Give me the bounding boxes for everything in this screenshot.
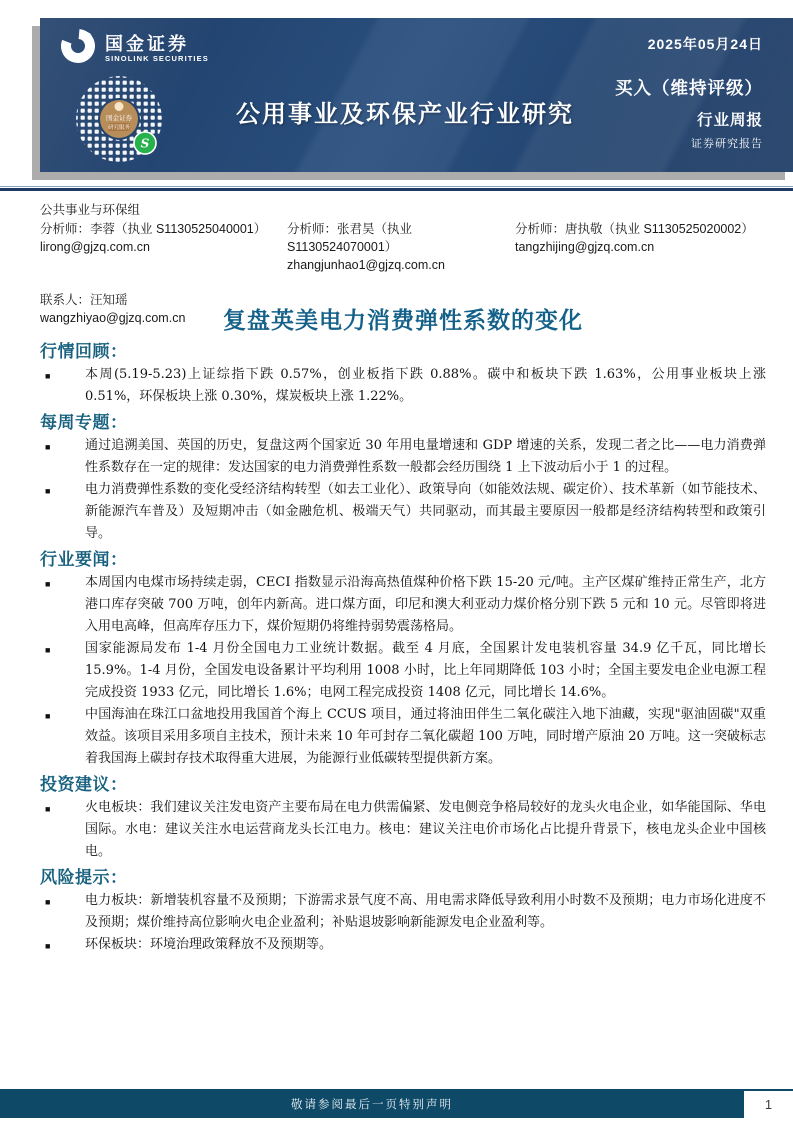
svg-text:国金证券: 国金证券 [106,113,133,122]
svg-text:S: S [141,137,150,151]
analyst-3-email[interactable]: tangzhijing@gjzq.com.cn [515,238,767,256]
bullet-text: 中国海油在珠江口盆地投用我国首个海上 CCUS 项目，通过将油田伴生二氧化碳注入… [85,704,766,770]
bullet-item: 电力消费弹性系数的变化受经济结构转型（如去工业化）、政策导向（如能效法规、碳定价… [40,479,766,545]
bullet-text: 火电板块：我们建议关注发电资产主要布局在电力供需偏紧、发电侧竞争格局较好的龙头火… [85,797,766,863]
bullet-text: 本周国内电煤市场持续走弱，CECI 指数显示沿海高热值煤种价格下跌 15-20 … [85,572,766,638]
report-category: 证券研究报告 [691,135,763,151]
section-heading-investment-advice: 投资建议： [40,773,766,796]
bullet-text: 本周(5.19-5.23)上证综指下跌 0.57%，创业板指下跌 0.88%。碳… [85,364,766,408]
sinolink-logo-icon [60,28,96,69]
header-separator-dark [0,188,793,191]
section-heading-market-review: 行情回顾： [40,340,766,363]
analyst-3-name: 分析师：唐执敬（执业 S1130525020002） [515,220,767,238]
section-heading-weekly-topic: 每周专题： [40,411,766,434]
bullet-item: 中国海油在珠江口盆地投用我国首个海上 CCUS 项目，通过将油田伴生二氧化碳注入… [40,704,766,770]
bullet-item: 本周(5.19-5.23)上证综指下跌 0.57%，创业板指下跌 0.88%。碳… [40,364,766,408]
footer-disclaimer-bar: 敬请参阅最后一页特别声明 [0,1089,744,1118]
svg-text:研究服务: 研究服务 [108,123,131,131]
qr-code: 国金证券 研究服务 S [73,73,165,165]
header-banner: 国金证券 SINOLINK SECURITIES 2025年05月24日 [40,18,793,172]
analyst-1-name: 分析师：李蓉（执业 S1130525040001） [40,220,287,238]
analyst-2-name: 分析师：张君昊（执业 S1130524070001） [287,220,515,256]
bullet-item: 火电板块：我们建议关注发电资产主要布局在电力供需偏紧、发电侧竞争格局较好的龙头火… [40,797,766,863]
bullet-text: 通过追溯美国、英国的历史，复盘这两个国家近 30 年用电量增速和 GDP 增速的… [85,435,766,479]
bullet-text: 电力消费弹性系数的变化受经济结构转型（如去工业化）、政策导向（如能效法规、碳定价… [85,479,766,545]
brand-text: 国金证券 SINOLINK SECURITIES [105,34,209,64]
bullet-item: 本周国内电煤市场持续走弱，CECI 指数显示沿海高热值煤种价格下跌 15-20 … [40,572,766,638]
report-date: 2025年05月24日 [648,34,763,54]
report-body: 复盘英美电力消费弹性系数的变化 行情回顾： 本周(5.19-5.23)上证综指下… [40,303,766,957]
bullet-text: 国家能源局发布 1-4 月份全国电力工业统计数据。截至 4 月底，全国累计发电装… [85,638,766,704]
bullet-text: 环保板块：环境治理政策释放不及预期等。 [85,934,766,957]
report-page: 国金证券 SINOLINK SECURITIES 2025年05月24日 [0,0,793,1122]
brand-block: 国金证券 SINOLINK SECURITIES [60,28,209,69]
analyst-group-name: 公共事业与环保组 [40,201,767,219]
section-heading-industry-news: 行业要闻： [40,548,766,571]
bullet-item: 环保板块：环境治理政策释放不及预期等。 [40,934,766,957]
footer-disclaimer: 敬请参阅最后一页特别声明 [291,1096,453,1112]
analyst-1-email[interactable]: lirong@gjzq.com.cn [40,238,287,256]
bullet-item: 电力板块：新增装机容量不及预期；下游需求景气度不高、用电需求降低导致利用小时数不… [40,890,766,934]
brand-name-en: SINOLINK SECURITIES [105,54,209,64]
bullet-text: 电力板块：新增装机容量不及预期；下游需求景气度不高、用电需求降低导致利用小时数不… [85,890,766,934]
page-number: 1 [765,1097,772,1112]
analyst-2-email[interactable]: zhangjunhao1@gjzq.com.cn [287,256,515,274]
rating-badge: 买入（维持评级） [615,75,763,100]
bullet-item: 国家能源局发布 1-4 月份全国电力工业统计数据。截至 4 月底，全国累计发电装… [40,638,766,704]
page-number-box: 1 [744,1089,793,1118]
report-title: 公用事业及环保产业行业研究 [200,94,610,129]
page-title: 复盘英美电力消费弹性系数的变化 [40,303,766,337]
header-separator-light [0,186,793,187]
report-type: 行业周报 [697,108,763,130]
bullet-item: 通过追溯美国、英国的历史，复盘这两个国家近 30 年用电量增速和 GDP 增速的… [40,435,766,479]
brand-name-cn: 国金证券 [105,34,209,54]
section-heading-risk-warning: 风险提示： [40,866,766,889]
